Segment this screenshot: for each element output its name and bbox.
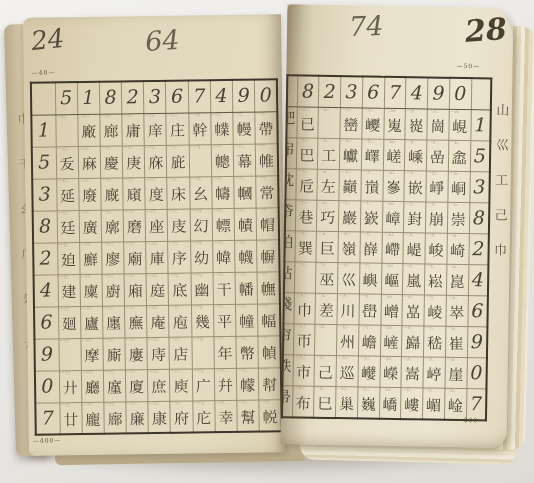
char-cell: 一五七〇巳: [314, 386, 336, 418]
char-cell: 一五八二巴: [296, 138, 318, 169]
character-glyph: 崩: [426, 208, 447, 231]
code-label: 一五三五: [404, 233, 414, 236]
code-label: 一六一六: [258, 272, 268, 275]
char-cell: 一五二五峻: [425, 233, 447, 264]
header-row: 5182367490: [31, 79, 277, 114]
char-cell: 一七〇八: [58, 338, 81, 370]
char-cell: 一六一九幇: [259, 367, 282, 399]
code-label: 一五六八: [337, 325, 347, 328]
code-label: 一五四一: [384, 109, 394, 112]
row-label-digit: 5: [470, 141, 490, 172]
right-margin-radical: 巛: [493, 135, 511, 154]
char-cell: 一六八一廊: [100, 113, 123, 145]
code-label: 一五八五: [295, 231, 305, 234]
character-glyph: 庾: [170, 375, 192, 398]
code-label: 一五五一: [363, 108, 373, 111]
character-glyph: 廹: [58, 249, 80, 272]
character-glyph: 庶: [148, 375, 170, 398]
character-glyph: 帕: [284, 231, 294, 254]
char-cell: 一七〇六建: [58, 274, 81, 306]
code-label: 一五七〇: [315, 387, 325, 390]
table-row: 帙一五八九市一五七九己一五六九巡一五五九巕一五四九嶸一五三九嵩一五二九嵉一五一九…: [282, 355, 486, 389]
code-label: 一五二三: [427, 171, 437, 174]
character-glyph: 嵋: [423, 394, 444, 417]
code-label: 一五五八: [359, 325, 369, 328]
header-digit: 4: [210, 80, 233, 112]
char-cell: 一六二五幭: [235, 240, 258, 272]
character-glyph: 嵒: [427, 146, 448, 169]
left-code-grid: 51823674901一七〇一一六九一廠一六八一廊一六七一庸一六六一庠一六五一庄…: [30, 78, 283, 435]
character-glyph: 嶠: [380, 394, 401, 417]
character-glyph: 幽: [191, 279, 213, 302]
character-glyph: 干: [213, 278, 235, 301]
code-label: 一六四四: [190, 209, 201, 212]
char-cell: 一五七六巫: [316, 262, 338, 293]
character-glyph: 嶁: [401, 394, 422, 417]
character-glyph: 嶦: [359, 331, 380, 354]
character-glyph: 床: [168, 183, 190, 206]
character-glyph: 嵽: [382, 239, 403, 262]
character-glyph: 幃: [213, 246, 235, 269]
char-cell: 一六三五幃: [212, 240, 235, 272]
char-cell: 一五七八: [315, 324, 337, 355]
character-glyph: 帶: [256, 118, 277, 141]
code-label: 一五八二: [297, 138, 307, 141]
code-label: 一六五五: [169, 241, 180, 244]
row-label-digit: 8: [469, 203, 489, 234]
char-cell: 一六三〇幸: [215, 400, 238, 432]
char-cell: 一五六八州: [336, 325, 358, 356]
character-glyph: 幾: [192, 311, 214, 334]
code-label: 一五五九: [359, 356, 369, 359]
spine-partial-cell: 帊: [286, 107, 296, 138]
character-glyph: 廓: [102, 216, 124, 239]
code-label: 一五六六: [338, 263, 348, 266]
code-label: 一六八四: [102, 210, 113, 213]
character-glyph: 廢: [79, 184, 101, 207]
char-cell: 一六六六庭: [146, 273, 169, 305]
char-cell: 一六四四幻: [190, 208, 213, 240]
character-glyph: 布: [293, 392, 314, 415]
character-glyph: 帙: [282, 355, 292, 378]
character-glyph: 麻: [79, 152, 101, 175]
left-top-print-mark: —40—: [32, 69, 56, 76]
character-glyph: 幀: [259, 342, 280, 365]
char-cell: 一六三三幬: [211, 176, 234, 208]
spine-partial-cell: 帚: [282, 386, 292, 418]
code-label: 一五二九: [424, 357, 434, 360]
char-cell: 一五六四巖: [338, 201, 360, 232]
char-cell: 一六二二幕: [233, 144, 256, 176]
char-cell: 一六一八幀: [258, 335, 281, 367]
char-cell: 一五三五崼: [403, 233, 425, 264]
left-page-number: 64: [144, 25, 180, 58]
char-cell: 一六七〇廉: [126, 401, 149, 433]
character-glyph: 幷: [215, 374, 237, 397]
code-label: 一五七六: [317, 263, 327, 266]
char-cell: 一五五八嶦: [358, 325, 380, 356]
char-cell: 一五二四崩: [425, 202, 447, 233]
spine-partial-cell: 帎: [285, 169, 295, 200]
header-digit: 3: [144, 81, 167, 113]
left-bottom-print-mark: —400—: [33, 437, 62, 444]
char-cell: 一六五七庖: [169, 305, 192, 337]
character-glyph: 常: [256, 182, 277, 205]
character-glyph: 廟: [124, 248, 146, 271]
char-cell: 一六八二慶: [100, 145, 123, 177]
right-top-print-mark: —50—: [456, 63, 480, 70]
char-cell: 一五二七崚: [424, 295, 446, 326]
char-cell: 一六五八店: [169, 336, 192, 368]
character-glyph: 已: [297, 113, 318, 136]
char-cell: 一六六九庶: [148, 369, 171, 401]
code-label: 一六一一: [255, 112, 265, 115]
character-glyph: 崖: [445, 364, 466, 387]
code-label: 一六六三: [145, 177, 156, 180]
char-cell: 一五六二巘: [339, 139, 361, 170]
char-cell: 一六九六廩: [80, 274, 103, 306]
char-cell: 一六七二庚: [122, 145, 145, 177]
character-glyph: 帷: [256, 150, 277, 173]
char-cell: 一五四九嶸: [379, 356, 401, 387]
code-label: 一六八一: [100, 114, 111, 117]
code-label: 一六七五: [124, 242, 135, 245]
code-label: 一六二五: [235, 240, 246, 243]
character-glyph: 卮: [296, 175, 317, 198]
char-cell: 一六八八廝: [103, 337, 126, 369]
code-label: 一五八六: [295, 262, 305, 265]
character-glyph: 巒: [340, 114, 361, 137]
code-label: 一七〇九: [59, 371, 70, 374]
row-label-digit: 6: [34, 306, 58, 338]
code-label: 一五五七: [360, 294, 370, 297]
character-glyph: 幹: [189, 119, 211, 142]
code-label: 一五五〇: [358, 387, 368, 390]
char-cell: 一五七七差: [315, 293, 337, 324]
header-digit: 1: [77, 82, 100, 114]
code-label: 一六五七: [169, 305, 180, 308]
left-corner-page-number: 24: [30, 24, 66, 57]
code-label: 一六五九: [170, 369, 181, 372]
character-glyph: 嶸: [380, 363, 401, 386]
right-margin-radical: 山: [494, 100, 512, 119]
character-glyph: 崔: [446, 333, 467, 356]
character-glyph: 幭: [235, 246, 257, 269]
character-glyph: 磨: [124, 216, 146, 239]
code-label: 一六一四: [257, 208, 267, 211]
char-cell: 一七〇四廷: [57, 210, 80, 242]
char-cell: 一五一〇崯: [444, 388, 466, 420]
char-cell: 一六五六底: [168, 273, 191, 305]
character-glyph: 廉: [126, 408, 148, 431]
header-digit: 2: [319, 76, 341, 108]
char-cell: 一六七三廎: [123, 177, 146, 209]
spine-partial-cell: 帕: [284, 231, 294, 262]
char-cell: 一六四五幼: [190, 240, 213, 272]
character-glyph: 嵩: [402, 363, 423, 386]
char-cell: 一五二〇嵋: [422, 388, 444, 420]
char-cell: 一七〇九廾: [59, 370, 82, 402]
character-glyph: 嵌: [405, 177, 426, 200]
code-label: 一五六三: [340, 170, 350, 173]
char-cell: 一六四三幺: [189, 176, 212, 208]
character-glyph: 庥: [145, 151, 167, 174]
character-glyph: 廻: [59, 313, 81, 336]
code-label: 一五一九: [446, 358, 456, 361]
table-row: 4一七〇六建一六九六廩一六八六廚一六七六廂一六六六庭一六五六底一六四六幽一六三六…: [34, 271, 280, 306]
char-cell: 一六五三床: [167, 177, 190, 209]
char-cell: 一六八六廚: [102, 273, 125, 305]
character-glyph: 峻: [425, 239, 446, 262]
right-margin-radical: 工: [493, 169, 511, 188]
row-label-digit: 7: [466, 389, 486, 421]
code-label: 一六八二: [101, 146, 112, 149]
character-glyph: 崶: [404, 208, 425, 231]
char-cell: 一五六七川: [337, 294, 359, 325]
header-digit: 9: [427, 77, 449, 109]
code-label: 一六八六: [102, 274, 113, 277]
character-glyph: 庖: [170, 311, 192, 334]
character-glyph: 嵼: [380, 332, 401, 355]
code-label: 一五四三: [383, 171, 393, 174]
code-label: 一七〇一: [56, 115, 67, 118]
character-glyph: 座: [146, 215, 168, 238]
code-label: 一六六二: [145, 145, 156, 148]
char-cell: 一六八〇廍: [104, 401, 127, 433]
char-cell: 一六八三廐: [101, 177, 124, 209]
char-cell: 一七〇五廹: [57, 242, 80, 274]
character-glyph: 帍: [286, 138, 296, 161]
char-cell: 一五二一崗: [427, 109, 449, 140]
code-label: 一六一九: [259, 368, 269, 371]
char-cell: 一五七四巧: [317, 200, 339, 231]
character-glyph: 崑: [447, 271, 468, 294]
code-label: 一六六九: [148, 369, 159, 372]
character-glyph: 嶔: [361, 207, 382, 230]
char-cell: 一六六五庫: [146, 241, 169, 273]
char-cell: 一六一六幠: [257, 271, 280, 303]
table-row: 帚一五八〇布一五七〇巳一五六〇巢一五五〇巍一五四〇嶠一五三〇嶁一五二〇嵋一五一〇…: [282, 386, 486, 421]
code-label: 一五三八: [403, 326, 413, 329]
character-glyph: 嵊: [405, 146, 426, 169]
char-cell: 一五七一: [318, 107, 340, 138]
char-cell: 一五八六: [294, 262, 316, 293]
code-label: 一五八八: [294, 324, 304, 327]
code-label: 一五六二: [340, 139, 350, 142]
character-glyph: 巧: [317, 207, 338, 230]
character-glyph: 廷: [57, 217, 79, 240]
table-row: 6一七〇七廻一六九七廬一六八七廛一六七七廡一六六七庵一六五七庖一六四七幾一六三七…: [34, 303, 280, 338]
code-label: 一五三一: [406, 109, 416, 112]
character-glyph: 巢: [336, 393, 357, 416]
char-cell: 一六二六幡: [235, 272, 258, 304]
character-glyph: 庛: [167, 151, 189, 174]
character-glyph: 幈: [257, 246, 278, 269]
corner-blank-cell: [31, 82, 55, 114]
code-label: 一五五四: [361, 201, 371, 204]
character-glyph: 㡤: [211, 118, 233, 141]
char-cell: 一六四九广: [192, 368, 215, 400]
character-glyph: 底: [169, 279, 191, 302]
code-label: 一五一六: [447, 265, 457, 268]
code-label: 一六九〇: [82, 402, 93, 405]
char-cell: 一六九一廠: [77, 114, 100, 146]
code-label: 一六一二: [256, 144, 266, 147]
character-glyph: 廚: [103, 280, 125, 303]
code-label: 一六二八: [236, 336, 247, 339]
character-glyph: 广: [193, 375, 215, 398]
character-glyph: 幻: [190, 215, 212, 238]
char-cell: 一五六〇巢: [335, 387, 357, 419]
character-glyph: 巋: [402, 332, 423, 355]
char-cell: 一五七五巨: [316, 231, 338, 262]
code-label: 一六四一: [189, 113, 200, 116]
character-glyph: 廂: [125, 280, 147, 303]
code-label: 一六八七: [103, 306, 114, 309]
code-label: 一六六五: [146, 241, 157, 244]
char-cell: 一五五六嶼: [359, 263, 381, 294]
header-digit: 7: [384, 77, 406, 109]
code-label: 一五三二: [406, 140, 416, 143]
code-label: 一五八九: [293, 355, 303, 358]
char-cell: 一五八一已: [296, 107, 318, 138]
char-cell: 一六二〇幫: [237, 400, 260, 432]
header-digit: 4: [406, 77, 428, 109]
character-glyph: 崚: [424, 301, 445, 324]
character-glyph: 龐: [82, 408, 104, 431]
character-glyph: 嶧: [362, 145, 383, 168]
char-cell: 一五八九市: [292, 355, 314, 386]
char-cell: 一六六八庤: [147, 337, 170, 369]
character-glyph: 巛: [338, 269, 359, 292]
character-glyph: 年: [214, 342, 236, 365]
character-glyph: 帎: [285, 169, 295, 192]
code-label: 一六二六: [236, 272, 247, 275]
character-glyph: 廖: [102, 248, 124, 271]
char-cell: 一五四五嵽: [381, 232, 403, 263]
character-glyph: 帴: [283, 293, 293, 316]
left-page: 24 64 —40— 51823674901一七〇一一六九一廠一六八一廊一六七一…: [23, 14, 287, 456]
char-cell: 一五五〇巍: [357, 387, 379, 419]
header-digit: 8: [297, 75, 319, 107]
char-cell: 一五三六嵐: [403, 264, 425, 295]
code-label: 一七〇四: [57, 211, 68, 214]
code-label: 一七〇〇: [60, 403, 71, 406]
char-cell: 一六六七庵: [147, 305, 170, 337]
char-cell: 一六三四幖: [212, 208, 235, 240]
code-label: 一六四七: [192, 305, 203, 308]
char-cell: 一六一〇帨: [259, 399, 282, 431]
character-glyph: 延: [57, 185, 79, 208]
character-glyph: 市: [293, 361, 314, 384]
right-margin-radical: 巾: [492, 239, 510, 258]
char-cell: 一五六三巓: [339, 170, 361, 201]
char-cell: 一六九三廢: [78, 178, 101, 210]
char-cell: 一五六五嶺: [338, 232, 360, 263]
char-cell: 一五一七崒: [446, 295, 468, 326]
character-glyph: 嶇: [381, 270, 402, 293]
character-glyph: 嶒: [381, 301, 402, 324]
header-digit: 5: [55, 82, 78, 114]
code-label: 一六八三: [101, 178, 112, 181]
row-label-digit: 1: [31, 114, 55, 146]
code-label: 一五五三: [362, 170, 372, 173]
char-cell: 一五二八嵇: [423, 326, 445, 357]
code-label: 一五五五: [361, 232, 371, 235]
character-glyph: 庵: [147, 311, 169, 334]
char-cell: 一五一三峒: [448, 171, 470, 202]
code-label: 一六七四: [124, 210, 135, 213]
char-cell: 一七〇二叐: [56, 146, 79, 178]
character-glyph: 庫: [146, 247, 168, 270]
code-label: 一五一三: [449, 172, 459, 175]
character-glyph: 帽: [257, 214, 278, 237]
code-label: 一五三〇: [402, 388, 412, 391]
code-label: 一六五六: [169, 273, 180, 276]
character-glyph: 崧: [425, 270, 446, 293]
code-label: 一六四九: [192, 369, 203, 372]
code-label: 一五一七: [447, 296, 457, 299]
char-cell: 一五四三嵾: [382, 170, 404, 201]
code-label: 一六七八: [125, 338, 136, 341]
char-cell: 一五四二嵯: [383, 139, 405, 170]
character-glyph: 嶺: [338, 238, 359, 261]
char-cell: 一六六〇康: [148, 401, 171, 433]
character-glyph: 峴: [449, 116, 470, 139]
char-cell: 一五三二嵊: [405, 140, 427, 171]
table-row: 帒一五八四巷一五七四巧一五六四巖一五五四嶔一五四四嶂一五三四崶一五二四崩一五一四…: [285, 200, 489, 234]
row-label-digit: 1: [470, 110, 490, 141]
char-cell: 一六五九庾: [170, 368, 193, 400]
code-label: 一六八九: [104, 370, 115, 373]
char-cell: 一六九〇龐: [82, 402, 105, 434]
character-glyph: 嶨: [359, 300, 380, 323]
char-cell: 一五三四崶: [404, 202, 426, 233]
code-label: 一六三四: [212, 209, 223, 212]
char-cell: 一五二二嵒: [426, 140, 448, 171]
character-glyph: 幪: [237, 374, 259, 397]
character-glyph: 帘: [283, 324, 293, 347]
code-label: 一六四五: [191, 241, 202, 244]
code-label: 一六九二: [78, 146, 89, 149]
char-cell: 一六六四座: [145, 209, 168, 241]
row-label-digit: 4: [34, 274, 58, 306]
code-label: 一五四七: [381, 295, 391, 298]
character-glyph: 巘: [340, 145, 361, 168]
table-row: 2一七〇五廹一六九五廯一六八五廖一六七五廟一六六五庫一六五五序一六四五幼一六三五…: [33, 239, 279, 274]
code-label: 一五六四: [339, 201, 349, 204]
character-glyph: 幡: [236, 278, 258, 301]
row-label-digit: 7: [35, 402, 59, 434]
code-label: 一五一四: [448, 203, 458, 206]
char-cell: 一六一三常: [256, 175, 279, 207]
table-row: 7一七〇〇廿一六九〇龐一六八〇廍一六七〇廉一六六〇康一六五〇府一六四〇庀一六三〇…: [35, 399, 281, 434]
header-row: 82367490: [287, 75, 491, 110]
character-glyph: 嵇: [424, 332, 445, 355]
character-glyph: 廠: [78, 120, 100, 143]
header-digit: 8: [99, 81, 122, 113]
spine-blank-cell: [287, 75, 297, 107]
code-label: 一五六五: [339, 232, 349, 235]
character-glyph: 庸: [122, 120, 144, 143]
code-label: 一五一〇: [445, 389, 455, 392]
char-cell: 一七〇七廻: [58, 306, 81, 338]
table-row: 帘一五八八帀一五七八一五六八州一五五八嶦一五四八嵼一五三八巋一五二八嵇一五一八崔…: [283, 324, 487, 358]
char-cell: 一六八五廖: [101, 241, 124, 273]
code-label: 一六五一: [167, 113, 178, 116]
code-label: 一七〇八: [59, 339, 70, 342]
char-cell: 一五八三卮: [295, 169, 317, 200]
